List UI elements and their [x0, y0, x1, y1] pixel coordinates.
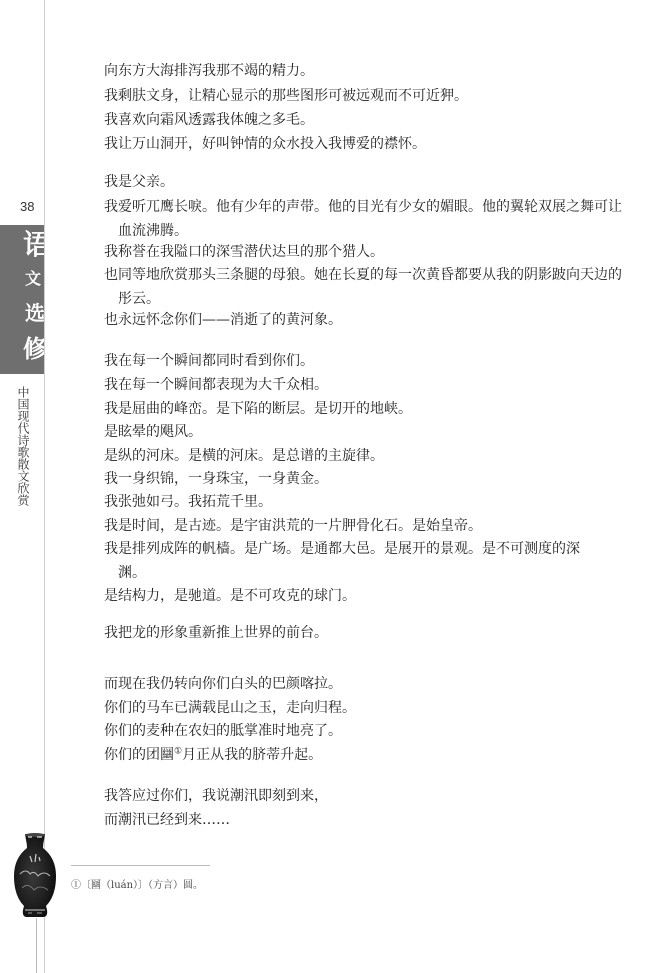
line-text: 是纵的河床。是横的河床。是总谱的主旋律。: [104, 448, 384, 464]
line-text: 我张弛如弓。我拓荒千里。: [104, 494, 272, 510]
margin-rule: [44, 0, 45, 973]
poem-line: 而潮汛已经到来……: [104, 809, 624, 833]
line-text: 我是父亲。: [104, 174, 174, 190]
line-text: 我在每一个瞬间都表现为大千众相。: [104, 377, 328, 393]
margin-rule-bottom: [36, 918, 37, 973]
poem-line: 我称誉在我隘口的深雪潜伏达旦的那个猎人。: [104, 241, 624, 265]
banner-char: 修: [23, 337, 44, 361]
poem-line: 是纵的河床。是横的河床。是总谱的主旋律。: [104, 445, 624, 469]
line-text: 也永远怀念你们——消逝了的黄河象。: [104, 312, 342, 328]
poem-line: 是结构力，是驰道。是不可攻克的球门。: [104, 585, 624, 609]
poem-line: 也同等地欣赏那头三条腿的母狼。她在长夏的每一次黄昏都要从我的阴影跛向天边的彤云。: [104, 264, 624, 311]
poem-line: 你们的马车已满载昆山之玉，走向归程。: [104, 697, 624, 721]
line-text: 而潮汛已经到来……: [104, 812, 230, 828]
line-text: 而现在我仍转向你们白头的巴颜喀拉。: [104, 676, 342, 692]
line-text: 我一身织锦，一身珠宝，一身黄金。: [104, 471, 328, 487]
line-text: 我称誉在我隘口的深雪潜伏达旦的那个猎人。: [104, 244, 384, 260]
footnote-rule: [71, 865, 210, 866]
poem-line: 向东方大海排泻我那不竭的精力。: [104, 60, 624, 84]
section-banner: 语 文 选 修: [0, 225, 44, 374]
poem-line: 你们的团圝①月正从我的脐蒂升起。: [104, 744, 624, 768]
poem-line: 我在每一个瞬间都表现为大千众相。: [104, 374, 624, 398]
line-text: 我在每一个瞬间都同时看到你们。: [104, 353, 314, 369]
series-title: 中国现代诗歌散文欣赏: [16, 386, 30, 506]
poem-line: 是眩晕的飓风。: [104, 421, 624, 445]
banner-char: 语: [23, 231, 44, 259]
line-text: 我把龙的形象重新推上世界的前台。: [104, 625, 328, 641]
line-text: 是眩晕的飓风。: [104, 424, 202, 440]
footnote: ①〔圝（luán）〕（方言）圆。: [71, 876, 203, 891]
banner-char: 选: [25, 303, 44, 323]
poem-line: 我在每一个瞬间都同时看到你们。: [104, 350, 624, 374]
line-text: 你们的麦种在农妇的胝掌准时地亮了。: [104, 723, 342, 739]
line-continuation: 血流沸腾。: [104, 220, 624, 244]
line-text: 你们的马车已满载昆山之玉，走向归程。: [104, 700, 356, 716]
poem-line: 我张弛如弓。我拓荒千里。: [104, 491, 624, 515]
poem-line: 我让万山洞开，好叫钟情的众水投入我博爱的襟怀。: [104, 133, 624, 157]
line-text: 也同等地欣赏那头三条腿的母狼。她在长夏的每一次黄昏都要从我的阴影跛向天边的: [104, 267, 622, 283]
poem-line: 我是屈曲的峰峦。是下陷的断层。是切开的地峡。: [104, 398, 624, 422]
poem-line: 我是时间，是古迹。是宇宙洪荒的一片胛骨化石。是始皇帝。: [104, 515, 624, 539]
footnote-reference[interactable]: ①: [174, 746, 182, 756]
line-text: 我是屈曲的峰峦。是下陷的断层。是切开的地峡。: [104, 401, 412, 417]
line-text: 我剩肤文身，让精心显示的那些图形可被远观而不可近狎。: [104, 88, 468, 104]
poem-line: 我剩肤文身，让精心显示的那些图形可被远观而不可近狎。: [104, 85, 624, 109]
poem-line: 我喜欢向霜风透露我体魄之多毛。: [104, 109, 624, 133]
line-text: 我让万山洞开，好叫钟情的众水投入我博爱的襟怀。: [104, 136, 426, 152]
line-text: 是结构力，是驰道。是不可攻克的球门。: [104, 588, 356, 604]
line-continuation: 彤云。: [104, 288, 624, 312]
poem-line: 你们的麦种在农妇的胝掌准时地亮了。: [104, 720, 624, 744]
poem-line: 我把龙的形象重新推上世界的前台。: [104, 622, 624, 646]
line-text: 我答应过你们，我说潮汛即刻到来，: [104, 788, 328, 804]
poem-line: 而现在我仍转向你们白头的巴颜喀拉。: [104, 673, 624, 697]
line-text: 月正从我的脐蒂升起。: [182, 747, 322, 763]
vase-illustration-icon: [10, 832, 60, 918]
line-text: 我喜欢向霜风透露我体魄之多毛。: [104, 112, 314, 128]
page-number: 38: [20, 199, 34, 214]
poem-line: 我爱听兀鹰长唳。他有少年的声带。他的目光有少女的媚眼。他的翼轮双展之舞可让血流沸…: [104, 196, 624, 243]
line-text: 我爱听兀鹰长唳。他有少年的声带。他的目光有少女的媚眼。他的翼轮双展之舞可让: [104, 199, 622, 215]
line-text: 你们的团圝: [104, 747, 174, 763]
line-text: 我是排列成阵的帆樯。是广场。是通都大邑。是展开的景观。是不可测度的深: [104, 541, 580, 557]
poem-line: 也永远怀念你们——消逝了的黄河象。: [104, 309, 624, 333]
poem-line: 我是排列成阵的帆樯。是广场。是通都大邑。是展开的景观。是不可测度的深渊。: [104, 538, 624, 585]
line-text: 向东方大海排泻我那不竭的精力。: [104, 63, 314, 79]
poem-line: 我是父亲。: [104, 171, 624, 195]
banner-char: 文: [25, 271, 41, 287]
line-continuation: 渊。: [104, 562, 624, 586]
poem-line: 我一身织锦，一身珠宝，一身黄金。: [104, 468, 624, 492]
poem-line: 我答应过你们，我说潮汛即刻到来，: [104, 785, 624, 809]
line-text: 我是时间，是古迹。是宇宙洪荒的一片胛骨化石。是始皇帝。: [104, 518, 482, 534]
